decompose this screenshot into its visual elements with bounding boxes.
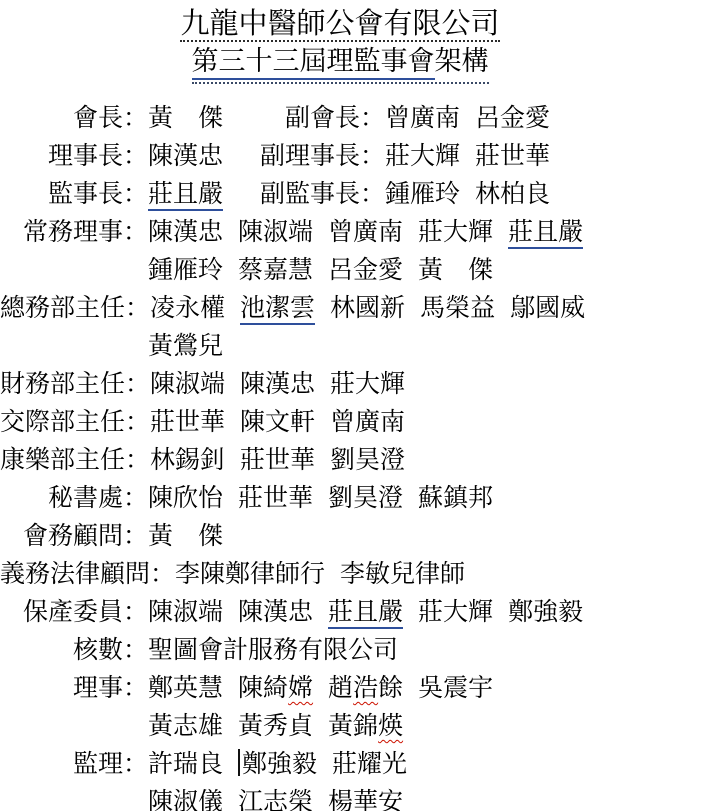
names-group: 陳淑端陳漢忠莊大輝 — [150, 364, 405, 400]
name-text: 呂金愛 — [328, 255, 403, 284]
names-group: 黃 傑 — [148, 516, 223, 552]
org-row: 康樂部主任：林錫釗莊世華劉昊澄 — [0, 439, 718, 477]
member-name: 莊大輝 — [418, 212, 493, 248]
row-segment: 黃鶯兒 — [0, 326, 223, 362]
names-group: 林錫釗莊世華劉昊澄 — [150, 440, 405, 476]
role-label: 副理事長： — [230, 136, 385, 172]
name-text: 鄔國威 — [510, 293, 585, 322]
role-label: 監事長： — [0, 174, 148, 210]
name-text: 曾廣南 — [328, 217, 403, 246]
role-label: 會務顧問： — [0, 516, 148, 552]
names-group: 曾廣南呂金愛 — [385, 98, 550, 134]
name-text: 劉昊澄 — [328, 483, 403, 512]
member-name: 陳淑端 — [238, 212, 313, 248]
name-text: 莊世華 — [238, 483, 313, 512]
member-name: 蔡嘉慧 — [238, 250, 313, 286]
name-text: 莊大輝 — [418, 217, 493, 246]
member-name: 鄭強毅 — [508, 592, 583, 628]
role-label: 理事： — [0, 668, 148, 704]
row-segment: 副理事長：莊大輝莊世華 — [230, 136, 550, 172]
member-name: 凌永權 — [150, 288, 225, 324]
member-name: 黃志雄 — [148, 706, 223, 742]
member-name: 許瑞良 — [148, 744, 223, 780]
names-group: 陳欣怡莊世華劉昊澄蘇鎮邦 — [148, 478, 493, 514]
member-name: 莊且嚴 — [508, 212, 583, 248]
name-text: 凌永權 — [150, 293, 225, 322]
member-name: 黃錦煐 — [328, 706, 403, 742]
name-text: 鄭強毅 — [242, 749, 317, 778]
name-text: 曾廣南 — [330, 407, 405, 436]
member-name: 莊且嚴 — [328, 592, 403, 628]
row-segment: 康樂部主任：林錫釗莊世華劉昊澄 — [0, 440, 405, 476]
role-label: 理事長： — [0, 136, 148, 172]
name-text: 陳文軒 — [240, 407, 315, 436]
role-label: 義務法律顧問： — [0, 554, 175, 590]
name-text: 黃 傑 — [148, 521, 223, 550]
name-text: 陳漢忠 — [148, 141, 223, 170]
row-segment: 鍾雁玲蔡嘉慧呂金愛黃 傑 — [0, 250, 493, 286]
names-group: 鄭英慧陳綺嫦趙浩餘吳震宇 — [148, 668, 493, 704]
org-row: 秘書處：陳欣怡莊世華劉昊澄蘇鎮邦 — [0, 477, 718, 515]
names-group: 黃鶯兒 — [148, 326, 223, 362]
role-label: 常務理事： — [0, 212, 148, 248]
member-name: 李敏兒律師 — [340, 554, 465, 590]
role-label: 副會長： — [230, 98, 385, 134]
name-text: 曾廣南 — [385, 103, 460, 132]
name-text: 聖圖會計服務有限公司 — [148, 635, 398, 664]
org-row: 鍾雁玲蔡嘉慧呂金愛黃 傑 — [0, 249, 718, 287]
misspelled-char: 嫦 — [288, 673, 313, 702]
member-name: 吳震宇 — [418, 668, 493, 704]
underlined-name: 莊且嚴 — [508, 217, 583, 249]
member-name: 楊華安 — [328, 782, 403, 811]
member-name: 曾廣南 — [385, 98, 460, 134]
role-label: 交際部主任： — [0, 402, 150, 438]
names-group: 莊且嚴 — [148, 174, 223, 210]
name-text: 趙 — [328, 673, 353, 702]
member-name: 陳漢忠 — [238, 592, 313, 628]
name-text: 李敏兒律師 — [340, 559, 465, 588]
org-row: 陳淑儀江志榮楊華安 — [0, 781, 718, 811]
name-text: 楊華安 — [328, 787, 403, 811]
name-text: 陳淑端 — [150, 369, 225, 398]
row-segment: 秘書處：陳欣怡莊世華劉昊澄蘇鎮邦 — [0, 478, 493, 514]
member-name: 劉昊澄 — [330, 440, 405, 476]
name-text: 林柏良 — [475, 179, 550, 208]
org-row: 總務部主任：凌永權池潔雲林國新馬榮益鄔國威 — [0, 287, 718, 325]
row-segment: 黃志雄黃秀貞黃錦煐 — [0, 706, 403, 742]
row-segment: 理事長：陳漢忠 — [0, 136, 230, 172]
row-segment: 監理：許瑞良鄭強毅莊耀光 — [0, 744, 407, 780]
role-label: 核數： — [0, 630, 148, 666]
name-text: 黃鶯兒 — [148, 331, 223, 360]
org-row: 監理：許瑞良鄭強毅莊耀光 — [0, 743, 718, 781]
org-structure-list: 會長：黃 傑副會長：曾廣南呂金愛理事長：陳漢忠副理事長：莊大輝莊世華監事長：莊且… — [0, 97, 718, 811]
row-segment: 核數：聖圖會計服務有限公司 — [0, 630, 398, 666]
names-group: 許瑞良鄭強毅莊耀光 — [148, 744, 407, 780]
names-group: 聖圖會計服務有限公司 — [148, 630, 398, 666]
member-name: 呂金愛 — [475, 98, 550, 134]
names-group: 莊世華陳文軒曾廣南 — [150, 402, 405, 438]
member-name: 莊世華 — [240, 440, 315, 476]
member-name: 陳漢忠 — [240, 364, 315, 400]
row-segment: 保產委員：陳淑端陳漢忠莊且嚴莊大輝鄭強毅 — [0, 592, 583, 628]
name-text: 陳欣怡 — [148, 483, 223, 512]
name-text: 陳漢忠 — [240, 369, 315, 398]
names-group: 凌永權池潔雲林國新馬榮益鄔國威 — [150, 288, 585, 324]
name-text: 黃志雄 — [148, 711, 223, 740]
member-name: 鍾雁玲 — [148, 250, 223, 286]
member-name: 鄔國威 — [510, 288, 585, 324]
row-segment: 陳淑儀江志榮楊華安 — [0, 782, 403, 811]
document-page: 九龍中醫師公會有限公司 第三十三屆理監事會架構 會長：黃 傑副會長：曾廣南呂金愛… — [0, 0, 718, 811]
member-name: 江志榮 — [238, 782, 313, 811]
underlined-name: 池潔雲 — [240, 293, 315, 325]
name-text: 莊大輝 — [385, 141, 460, 170]
org-row: 財務部主任：陳淑端陳漢忠莊大輝 — [0, 363, 718, 401]
member-name: 林柏良 — [475, 174, 550, 210]
member-name: 林國新 — [330, 288, 405, 324]
name-text: 江志榮 — [238, 787, 313, 811]
name-text: 莊大輝 — [330, 369, 405, 398]
name-text: 餘 — [378, 673, 403, 702]
member-name: 鍾雁玲 — [385, 174, 460, 210]
row-segment: 總務部主任：凌永權池潔雲林國新馬榮益鄔國威 — [0, 288, 585, 324]
name-text: 鍾雁玲 — [148, 255, 223, 284]
name-text: 莊大輝 — [418, 597, 493, 626]
name-text: 鍾雁玲 — [385, 179, 460, 208]
member-name: 莊且嚴 — [148, 174, 223, 210]
member-name: 莊世華 — [150, 402, 225, 438]
org-row: 保產委員：陳淑端陳漢忠莊且嚴莊大輝鄭強毅 — [0, 591, 718, 629]
member-name: 黃 傑 — [148, 516, 223, 552]
role-label: 康樂部主任： — [0, 440, 150, 476]
name-text: 莊耀光 — [332, 749, 407, 778]
name-text: 許瑞良 — [148, 749, 223, 778]
row-segment: 義務法律顧問：李陳鄭律師行李敏兒律師 — [0, 554, 465, 590]
row-segment: 會長：黃 傑 — [0, 98, 230, 134]
member-name: 黃鶯兒 — [148, 326, 223, 362]
page-subtitle-text: 第三十三屆理監事會架構 — [192, 43, 489, 84]
member-name: 莊世華 — [238, 478, 313, 514]
member-name: 鄭強毅 — [238, 744, 317, 780]
org-row: 交際部主任：莊世華陳文軒曾廣南 — [0, 401, 718, 439]
names-group: 陳淑儀江志榮楊華安 — [148, 782, 403, 811]
member-name: 陳綺嫦 — [238, 668, 313, 704]
name-text: 陳漢忠 — [238, 597, 313, 626]
member-name: 莊大輝 — [385, 136, 460, 172]
member-name: 莊大輝 — [418, 592, 493, 628]
member-name: 陳淑儀 — [148, 782, 223, 811]
org-row: 核數：聖圖會計服務有限公司 — [0, 629, 718, 667]
names-group: 陳漢忠陳淑端曾廣南莊大輝莊且嚴 — [148, 212, 583, 248]
member-name: 呂金愛 — [328, 250, 403, 286]
role-label: 財務部主任： — [0, 364, 150, 400]
name-text: 黃秀貞 — [238, 711, 313, 740]
names-group: 黃志雄黃秀貞黃錦煐 — [148, 706, 403, 742]
row-segment: 交際部主任：莊世華陳文軒曾廣南 — [0, 402, 405, 438]
role-label: 秘書處： — [0, 478, 148, 514]
name-text: 林國新 — [330, 293, 405, 322]
name-text: 呂金愛 — [475, 103, 550, 132]
page-title: 九龍中醫師公會有限公司 — [0, 3, 680, 43]
member-name: 林錫釗 — [150, 440, 225, 476]
member-name: 黃 傑 — [148, 98, 223, 134]
member-name: 陳漢忠 — [148, 136, 223, 172]
row-segment: 常務理事：陳漢忠陳淑端曾廣南莊大輝莊且嚴 — [0, 212, 583, 248]
member-name: 李陳鄭律師行 — [175, 554, 325, 590]
page-subtitle: 第三十三屆理監事會架構 — [0, 43, 680, 84]
name-text: 黃 傑 — [418, 255, 493, 284]
name-text: 黃錦 — [328, 711, 378, 740]
row-segment: 監事長：莊且嚴 — [0, 174, 230, 210]
org-row: 黃志雄黃秀貞黃錦煐 — [0, 705, 718, 743]
name-text: 鄭強毅 — [508, 597, 583, 626]
org-row: 會長：黃 傑副會長：曾廣南呂金愛 — [0, 97, 718, 135]
name-text: 鄭英慧 — [148, 673, 223, 702]
member-name: 陳欣怡 — [148, 478, 223, 514]
member-name: 陳漢忠 — [148, 212, 223, 248]
member-name: 莊大輝 — [330, 364, 405, 400]
row-segment: 財務部主任：陳淑端陳漢忠莊大輝 — [0, 364, 405, 400]
name-text: 馬榮益 — [420, 293, 495, 322]
org-row: 監事長：莊且嚴副監事長：鍾雁玲林柏良 — [0, 173, 718, 211]
row-segment: 理事：鄭英慧陳綺嫦趙浩餘吳震宇 — [0, 668, 493, 704]
role-label: 副監事長： — [230, 174, 385, 210]
name-text: 黃 傑 — [148, 103, 223, 132]
page-title-text: 九龍中醫師公會有限公司 — [180, 6, 499, 42]
org-row: 黃鶯兒 — [0, 325, 718, 363]
names-group: 陳漢忠 — [148, 136, 223, 172]
member-name: 陳淑端 — [148, 592, 223, 628]
names-group: 莊大輝莊世華 — [385, 136, 550, 172]
names-group: 李陳鄭律師行李敏兒律師 — [175, 554, 465, 590]
name-text: 陳淑儀 — [148, 787, 223, 811]
member-name: 曾廣南 — [328, 212, 403, 248]
names-group: 鍾雁玲蔡嘉慧呂金愛黃 傑 — [148, 250, 493, 286]
org-row: 會務顧問：黃 傑 — [0, 515, 718, 553]
row-segment: 副會長：曾廣南呂金愛 — [230, 98, 550, 134]
name-text: 莊世華 — [475, 141, 550, 170]
member-name: 馬榮益 — [420, 288, 495, 324]
name-text: 陳綺 — [238, 673, 288, 702]
name-text: 李陳鄭律師行 — [175, 559, 325, 588]
member-name: 莊耀光 — [332, 744, 407, 780]
page-subtitle-underlined: 第三十三屆理監事會 — [192, 46, 435, 80]
name-text: 蔡嘉慧 — [238, 255, 313, 284]
member-name: 莊世華 — [475, 136, 550, 172]
name-text: 莊世華 — [240, 445, 315, 474]
names-group: 鍾雁玲林柏良 — [385, 174, 550, 210]
member-name: 蘇鎮邦 — [418, 478, 493, 514]
name-text: 陳淑端 — [238, 217, 313, 246]
member-name: 曾廣南 — [330, 402, 405, 438]
name-text: 蘇鎮邦 — [418, 483, 493, 512]
member-name: 趙浩餘 — [328, 668, 403, 704]
misspelled-char: 煐 — [378, 711, 403, 740]
row-segment: 會務顧問：黃 傑 — [0, 516, 223, 552]
text-cursor — [238, 749, 240, 776]
member-name: 鄭英慧 — [148, 668, 223, 704]
member-name: 陳文軒 — [240, 402, 315, 438]
member-name: 黃秀貞 — [238, 706, 313, 742]
org-row: 義務法律顧問：李陳鄭律師行李敏兒律師 — [0, 553, 718, 591]
role-label: 保產委員： — [0, 592, 148, 628]
name-text: 吳震宇 — [418, 673, 493, 702]
org-row: 理事長：陳漢忠副理事長：莊大輝莊世華 — [0, 135, 718, 173]
name-text: 林錫釗 — [150, 445, 225, 474]
member-name: 聖圖會計服務有限公司 — [148, 630, 398, 666]
document-header: 九龍中醫師公會有限公司 第三十三屆理監事會架構 — [0, 0, 680, 84]
name-text: 莊世華 — [150, 407, 225, 436]
member-name: 池潔雲 — [240, 288, 315, 324]
role-label: 會長： — [0, 98, 148, 134]
names-group: 黃 傑 — [148, 98, 223, 134]
role-label: 監理： — [0, 744, 148, 780]
org-row: 常務理事：陳漢忠陳淑端曾廣南莊大輝莊且嚴 — [0, 211, 718, 249]
member-name: 劉昊澄 — [328, 478, 403, 514]
name-text: 陳淑端 — [148, 597, 223, 626]
misspelled-char: 浩 — [353, 673, 378, 702]
name-text: 陳漢忠 — [148, 217, 223, 246]
underlined-name: 莊且嚴 — [148, 179, 223, 211]
page-subtitle-rest: 架構 — [435, 46, 489, 77]
underlined-name: 莊且嚴 — [328, 597, 403, 629]
name-text: 劉昊澄 — [330, 445, 405, 474]
names-group: 陳淑端陳漢忠莊且嚴莊大輝鄭強毅 — [148, 592, 583, 628]
member-name: 陳淑端 — [150, 364, 225, 400]
role-label: 總務部主任： — [0, 288, 150, 324]
row-segment: 副監事長：鍾雁玲林柏良 — [230, 174, 550, 210]
member-name: 黃 傑 — [418, 250, 493, 286]
org-row: 理事：鄭英慧陳綺嫦趙浩餘吳震宇 — [0, 667, 718, 705]
